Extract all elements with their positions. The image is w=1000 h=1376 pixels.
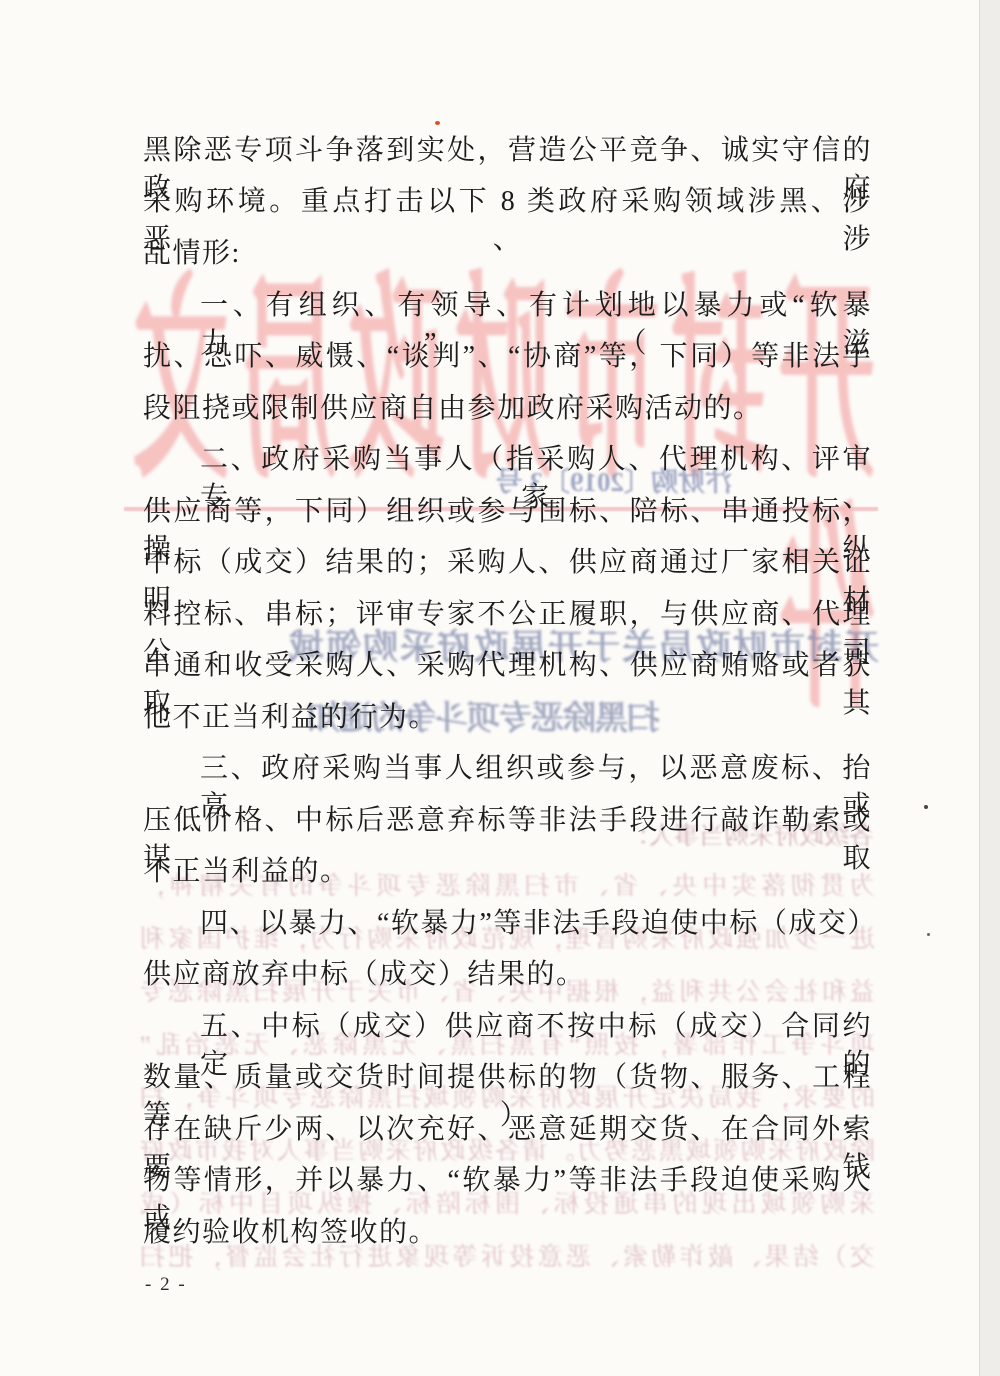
- document-line: 物等情形，并以暴力、“软暴力”等非法手段迫使采购人或: [143, 1162, 872, 1204]
- document-line: 数量、质量或交货时间提供标的物（货物、服务、工程等），: [143, 1059, 872, 1101]
- document-line: 三、政府采购当事人组织或参与，以恶意废标、抬高或: [143, 750, 872, 792]
- document-line: 采购环境。重点打击以下 8 类政府采购领域涉黑、涉恶、涉: [143, 183, 872, 225]
- document-line: 压低价格、中标后恶意弃标等非法手段进行敲诈勒索或谋取: [143, 802, 872, 844]
- document-line: 扰、恐吓、威慑、“谈判”、“协商”等，下同）等非法手: [143, 338, 872, 380]
- document-line: 串通和收受采购人、采购代理机构、供应商贿赂或者获取其: [143, 647, 872, 689]
- document-line: 他不正当利益的行为。: [143, 699, 872, 741]
- document-line: 段阻挠或限制供应商自由参加政府采购活动的。: [143, 390, 872, 432]
- document-line: 料控标、串标；评审专家不公正履职，与供应商、代理公司: [143, 596, 872, 638]
- document-line: 中标（成交）结果的；采购人、供应商通过厂家相关证明材: [143, 544, 872, 586]
- document-line: 供应商放弃中标（成交）结果的。: [143, 956, 872, 998]
- document-line: 黑除恶专项斗争落到实处，营造公平竞争、诚实守信的政府: [143, 132, 872, 174]
- document-line: 履约验收机构签收的。: [143, 1214, 872, 1256]
- page-number: - 2 -: [145, 1274, 187, 1296]
- document-line: 二、政府采购当事人（指采购人、代理机构、评审专家、: [143, 441, 872, 483]
- document-line: 不正当利益的。: [143, 853, 872, 895]
- scanned-document-page: 开封市财政局文件 汴财购〔2019〕3 号 开封市财政局关于开展政府采购领域 扫…: [0, 0, 1000, 1376]
- paper-edge-shadow: [979, 0, 1000, 1376]
- document-line: 乱情形:: [143, 235, 872, 277]
- document-line: 一、有组织、有领导、有计划地以暴力或“软暴力”（滋: [143, 287, 872, 329]
- scan-speck: [927, 933, 930, 936]
- document-line: 五、中标（成交）供应商不按中标（成交）合同约定的: [143, 1008, 872, 1050]
- document-line: 四、以暴力、“软暴力”等非法手段迫使中标（成交）: [143, 905, 872, 947]
- document-line: 存在缺斤少两、以次充好、恶意延期交货、在合同外索要钱: [143, 1111, 872, 1153]
- document-line: 供应商等，下同）组织或参与围标、陪标、串通投标，操纵: [143, 493, 872, 535]
- scan-speck: [924, 805, 928, 809]
- scan-speck: [435, 121, 440, 125]
